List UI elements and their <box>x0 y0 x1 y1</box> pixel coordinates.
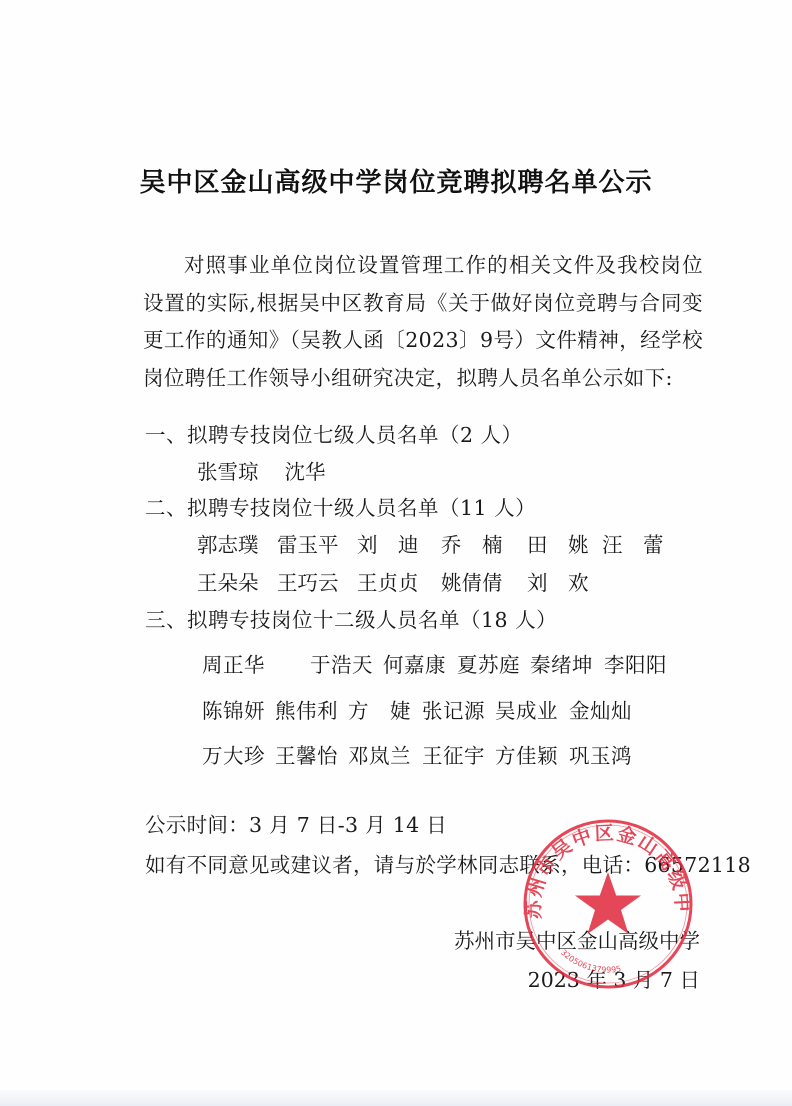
section-2-row-1: 郭志璞 雷玉平 刘 迪 乔 楠 田 姚 汪 蕾 <box>197 528 664 558</box>
section-1-names: 张雪琼 沈华 <box>197 455 326 485</box>
section-3-row-3: 万大珍 王馨怡 邓岚兰 王征宇 方佳颖 巩玉鸿 <box>202 739 677 769</box>
section-3-row-2: 陈锦妍 熊伟利 方 婕 张记源 吴成业 金灿灿 <box>202 694 677 724</box>
section-3-heading: 三、拟聘专技岗位十二级人员名单（18 人） <box>145 603 557 633</box>
section-1-heading: 一、拟聘专技岗位七级人员名单（2 人） <box>145 418 523 448</box>
name: 邓岚兰 <box>348 739 422 769</box>
document-title: 吴中区金山高级中学岗位竞聘拟聘名单公示 <box>0 162 792 199</box>
section-2-row-2: 王朵朵 王巧云 王贞贞 姚倩倩 刘 欢 <box>197 566 589 596</box>
name: 何嘉康 <box>383 648 457 678</box>
name: 雷玉平 <box>277 528 357 558</box>
name: 万大珍 <box>202 739 275 769</box>
name: 张记源 <box>422 694 495 724</box>
name: 李阳阳 <box>604 648 712 678</box>
name: 吴成业 <box>495 694 569 724</box>
name: 方 婕 <box>348 694 422 724</box>
name: 王征宇 <box>422 739 495 769</box>
name: 沈华 <box>285 455 326 485</box>
name: 王朵朵 <box>197 566 277 596</box>
name: 熊伟利 <box>275 694 348 724</box>
name: 陈锦妍 <box>202 694 275 724</box>
name: 巩玉鸿 <box>569 739 677 769</box>
scan-edge <box>0 1090 792 1106</box>
intro-paragraph: 对照事业单位岗位设置管理工作的相关文件及我校岗位设置的实际,根据吴中区教育局《关… <box>143 247 703 397</box>
signature-date: 2023 年 3 月 7 日 <box>528 963 700 993</box>
name: 汪 蕾 <box>602 528 664 558</box>
name: 于浩天 <box>310 648 383 678</box>
name: 田 姚 <box>527 528 602 558</box>
section-3-row-1: 周正华 于浩天 何嘉康 夏苏庭 秦绪坤 李阳阳 <box>202 648 712 678</box>
name: 王巧云 <box>277 566 357 596</box>
name: 姚倩倩 <box>441 566 527 596</box>
notice-period: 公示时间：3 月 7 日-3 月 14 日 <box>145 808 447 838</box>
name: 夏苏庭 <box>457 648 530 678</box>
name: 郭志璞 <box>197 528 277 558</box>
name: 金灿灿 <box>569 694 677 724</box>
name: 刘 迪 <box>357 528 441 558</box>
document-page: 吴中区金山高级中学岗位竞聘拟聘名单公示 对照事业单位岗位设置管理工作的相关文件及… <box>0 0 792 1106</box>
contact-line: 如有不同意见或建议者，请与於学林同志联系，电话：66572118 <box>145 848 751 878</box>
name: 王贞贞 <box>357 566 441 596</box>
name: 刘 欢 <box>527 566 589 596</box>
name: 周正华 <box>202 648 310 678</box>
name: 张雪琼 <box>197 455 259 485</box>
name: 秦绪坤 <box>530 648 604 678</box>
name: 王馨怡 <box>275 739 348 769</box>
name: 乔 楠 <box>441 528 527 558</box>
signature-organization: 苏州市吴中区金山高级中学 <box>454 924 700 954</box>
section-2-heading: 二、拟聘专技岗位十级人员名单（11 人） <box>145 491 536 521</box>
name: 方佳颖 <box>495 739 569 769</box>
